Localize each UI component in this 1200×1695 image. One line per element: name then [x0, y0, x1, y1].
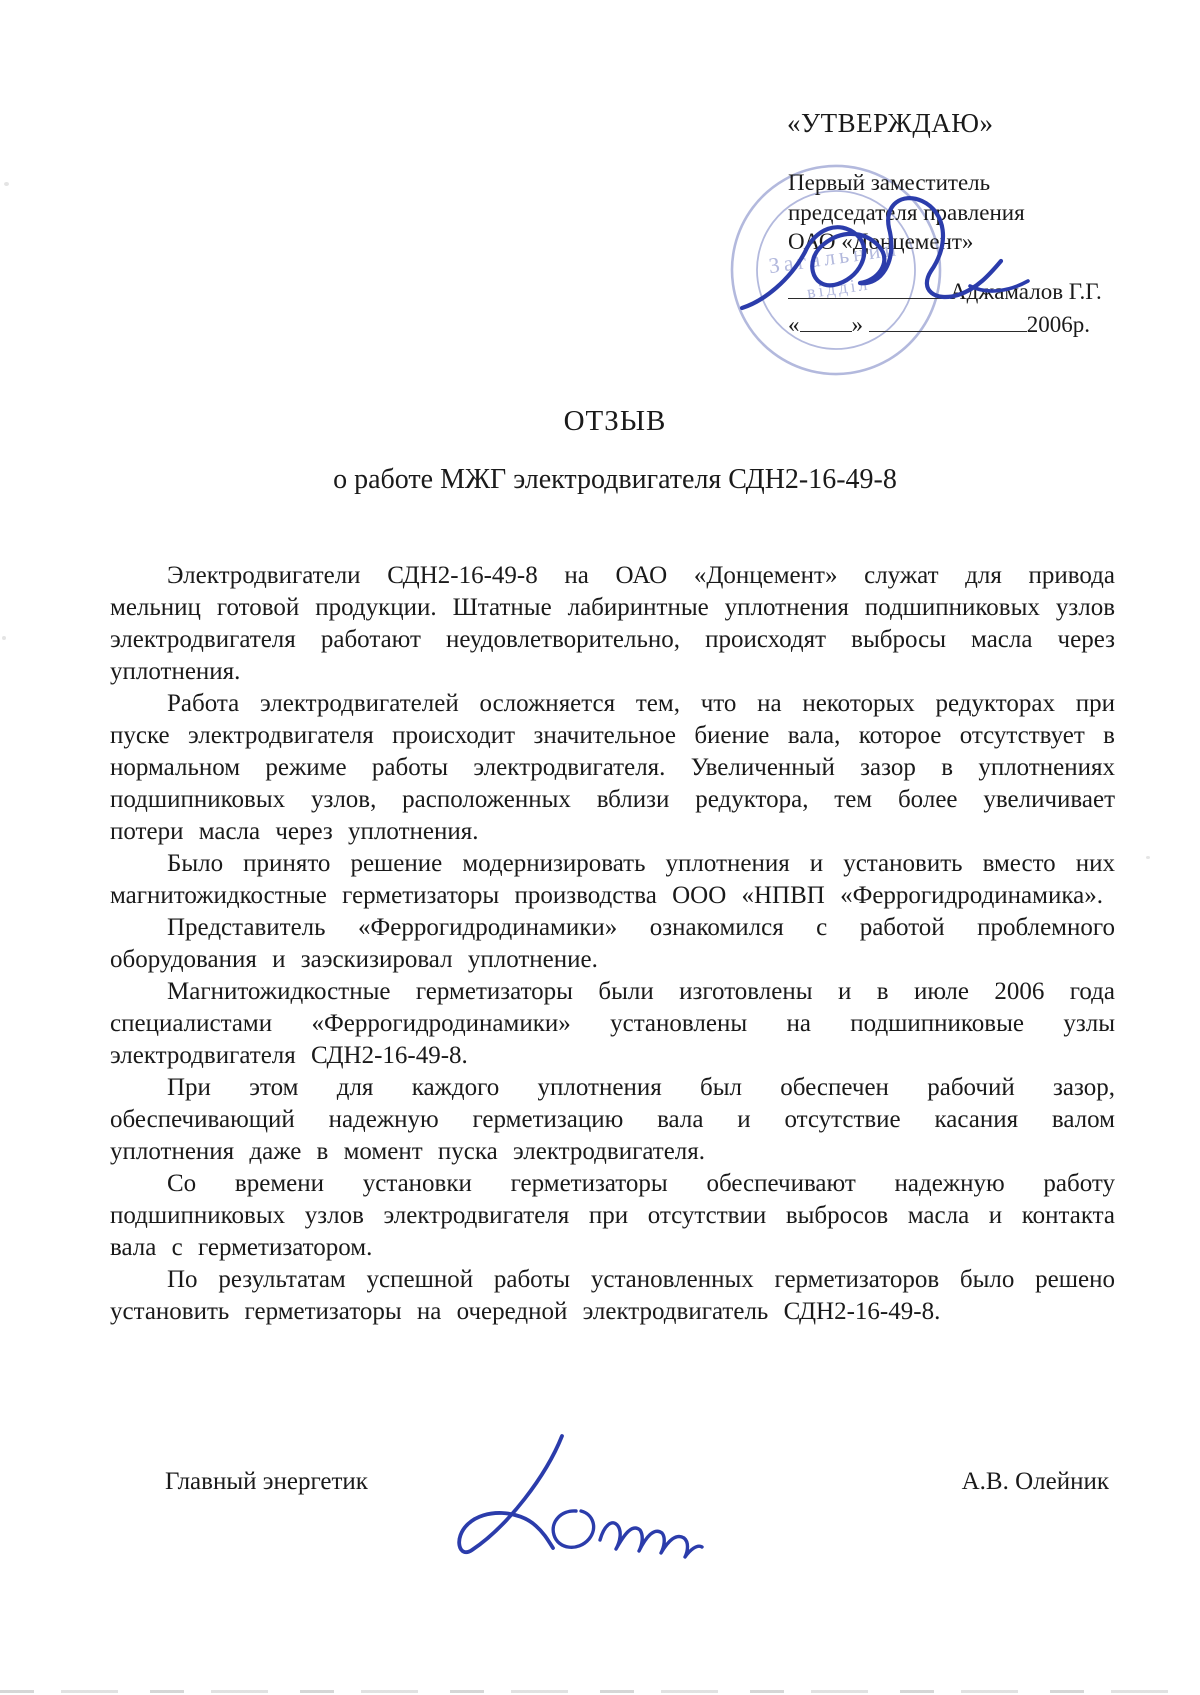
- scan-speck: [4, 182, 9, 186]
- document-subtitle: о работе МЖГ электродвигателя СДН2-16-49…: [110, 464, 1120, 496]
- footer-name: А.В. Олейник: [962, 1468, 1115, 1496]
- paragraph: Электродвигатели СДН2-16-49-8 на ОАО «До…: [110, 560, 1115, 688]
- paragraph: Представитель «Феррогидродинамики» ознак…: [110, 912, 1115, 976]
- approve-heading: «УТВЕРЖДАЮ»: [787, 108, 994, 139]
- document-body: Электродвигатели СДН2-16-49-8 на ОАО «До…: [110, 560, 1115, 1328]
- paragraph: Работа электродвигателей осложняется тем…: [110, 688, 1115, 848]
- paragraph: По результатам успешной работы установле…: [110, 1264, 1115, 1328]
- footer-role: Главный энергетик: [110, 1468, 368, 1496]
- document-title: ОТЗЫВ: [110, 405, 1120, 438]
- paragraph: Было принято решение модернизировать упл…: [110, 848, 1115, 912]
- scan-speck: [2, 636, 6, 640]
- energetik-signature: [440, 1418, 720, 1568]
- director-signature: [718, 168, 1038, 328]
- paragraph: Магнитожидкостные герметизаторы были изг…: [110, 976, 1115, 1072]
- document-page: Новоамвросіївське • відкрите акціонерне …: [0, 0, 1200, 1695]
- paragraph: При этом для каждого уплотнения был обес…: [110, 1072, 1115, 1168]
- scan-speck: [1146, 856, 1150, 859]
- paragraph: Со времени установки герметизаторы обесп…: [110, 1168, 1115, 1264]
- scan-edge-artifact: [0, 1690, 1200, 1693]
